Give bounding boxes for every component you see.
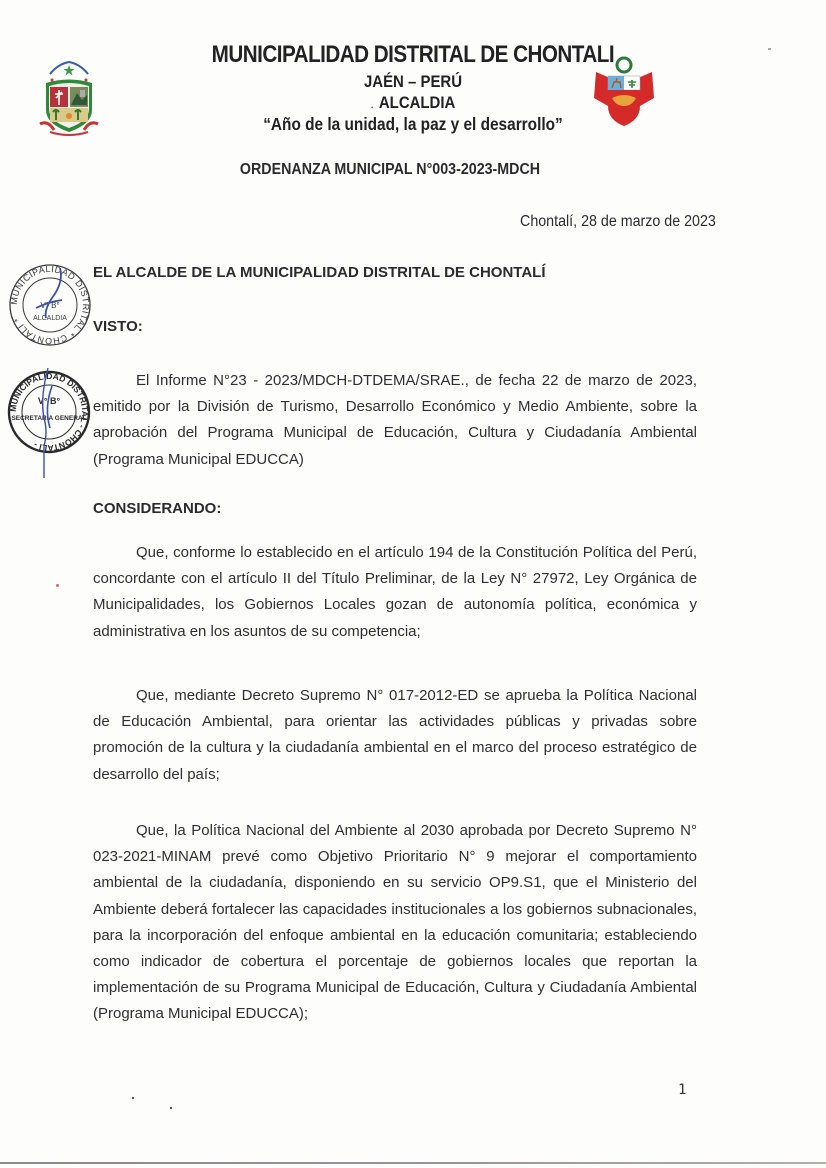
considerando-paragraph-1: Que, conforme lo establecido en el artíc…	[93, 540, 697, 645]
considerando-text: Que, la Política Nacional del Ambiente a…	[93, 822, 697, 1022]
office-prefix: .	[371, 97, 374, 111]
alcaldia-stamp-icon: MUNICIPALIDAD DISTRITAL * CHONTALI * V° …	[6, 260, 94, 350]
institution-name: MUNICIPALIDAD DISTRITAL DE CHONTALI	[58, 41, 768, 69]
considerando-text: Que, conforme lo establecido en el artíc…	[93, 544, 697, 640]
authority-heading: EL ALCALDE DE LA MUNICIPALIDAD DISTRITAL…	[93, 264, 545, 281]
scan-speck	[132, 1097, 134, 1099]
visto-text: El Informe N°23 - 2023/MDCH-DTDEMA/SRAE.…	[93, 372, 697, 468]
scan-speck	[56, 584, 59, 587]
scan-speck	[768, 48, 771, 50]
peru-coat-of-arms-icon	[590, 56, 658, 128]
considerando-heading: CONSIDERANDO:	[93, 500, 221, 517]
considerando-paragraph-2: Que, mediante Decreto Supremo N° 017-201…	[93, 683, 697, 788]
office-label: ALCALDIA	[379, 93, 455, 112]
considerando-paragraph-3: Que, la Política Nacional del Ambiente a…	[93, 818, 697, 1028]
visto-heading: VISTO:	[93, 318, 143, 335]
motto-text: “Año de la unidad, la paz y el desarroll…	[50, 114, 777, 135]
alcaldia-stamp-label: ALCALDIA	[33, 315, 67, 322]
scan-edge-divider	[0, 1162, 826, 1164]
scan-speck	[170, 1107, 172, 1109]
location-text: JAÉN – PERÚ	[50, 72, 777, 92]
page-number: 1	[678, 1082, 686, 1098]
considerando-text: Que, mediante Decreto Supremo N° 017-201…	[93, 687, 697, 783]
document-title: ORDENANZA MUNICIPAL N°003-2023-MDCH	[31, 161, 749, 179]
document-date: Chontalí, 28 de marzo de 2023	[520, 213, 716, 231]
office-text: .ALCALDIA	[50, 93, 777, 113]
secretaria-stamp-icon: MUNICIPALIDAD DISTRITAL - CHONTALI - V° …	[4, 368, 94, 480]
visto-paragraph: El Informe N°23 - 2023/MDCH-DTDEMA/SRAE.…	[93, 368, 697, 473]
